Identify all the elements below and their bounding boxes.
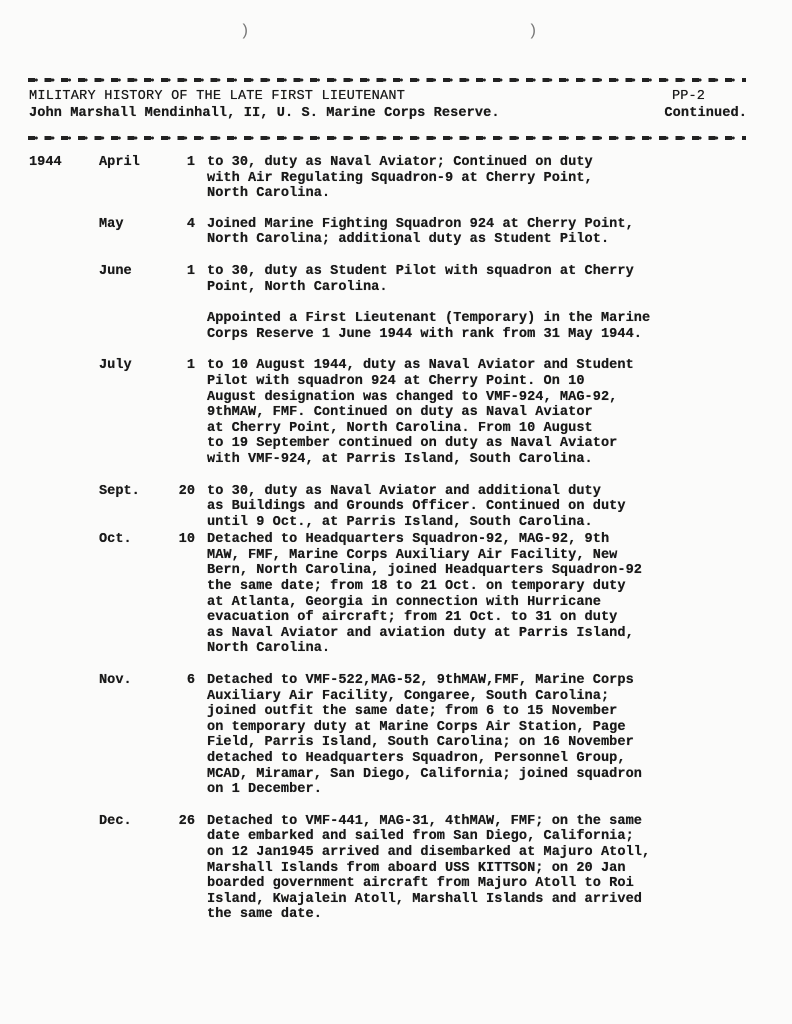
entry-april: 1944 April 1 to 30, duty as Naval Aviato… — [29, 155, 779, 202]
entry-month: Oct. — [99, 532, 165, 657]
entry-appointment: Appointed a First Lieutenant (Temporary)… — [29, 311, 779, 342]
entry-december: Dec. 26 Detached to VMF-441, MAG-31, 4th… — [29, 814, 779, 923]
entry-month: Nov. — [99, 673, 165, 798]
entry-day — [165, 311, 207, 342]
entry-year — [29, 264, 99, 295]
entry-year — [29, 311, 99, 342]
entry-may: May 4 Joined Marine Fighting Squadron 92… — [29, 217, 779, 248]
entry-day: 1 — [165, 264, 207, 295]
entry-july: July 1 to 10 August 1944, duty as Naval … — [29, 358, 779, 467]
entry-day: 20 — [165, 484, 207, 531]
entry-june: June 1 to 30, duty as Student Pilot with… — [29, 264, 779, 295]
entry-month — [99, 311, 165, 342]
entry-year — [29, 217, 99, 248]
entry-year — [29, 814, 99, 923]
entry-day: 1 — [165, 358, 207, 467]
entry-november: Nov. 6 Detached to VMF-522,MAG-52, 9thMA… — [29, 673, 779, 798]
entry-day: 1 — [165, 155, 207, 202]
history-entries: 1944 April 1 to 30, duty as Naval Aviato… — [29, 155, 779, 923]
dashed-rule-top — [28, 78, 746, 82]
entry-month: Sept. — [99, 484, 165, 531]
page-id: PP-2 — [672, 88, 747, 105]
page-mark-right: ) — [528, 22, 538, 40]
entry-september: Sept. 20 to 30, duty as Naval Aviator an… — [29, 484, 779, 531]
entry-text: Detached to VMF-522,MAG-52, 9thMAW,FMF, … — [207, 673, 779, 798]
entry-text: Joined Marine Fighting Squadron 924 at C… — [207, 217, 779, 248]
entry-year — [29, 673, 99, 798]
entry-text: Detached to Headquarters Squadron-92, MA… — [207, 532, 779, 657]
entry-year: 1944 — [29, 155, 99, 202]
entry-day: 4 — [165, 217, 207, 248]
page-mark-left: ) — [240, 22, 250, 40]
entry-year — [29, 532, 99, 657]
entry-text: to 10 August 1944, duty as Naval Aviator… — [207, 358, 779, 467]
entry-month: Dec. — [99, 814, 165, 923]
entry-day: 10 — [165, 532, 207, 657]
entry-day: 6 — [165, 673, 207, 798]
document-title: MILITARY HISTORY OF THE LATE FIRST LIEUT… — [29, 88, 405, 105]
subject-name: John Marshall Mendinhall, II, U. S. Mari… — [29, 105, 500, 122]
entry-october: Oct. 10 Detached to Headquarters Squadro… — [29, 532, 779, 657]
entry-year — [29, 358, 99, 467]
entry-month: July — [99, 358, 165, 467]
entry-day: 26 — [165, 814, 207, 923]
dashed-rule-bottom — [28, 136, 746, 140]
document-header: MILITARY HISTORY OF THE LATE FIRST LIEUT… — [29, 88, 747, 122]
entry-month: June — [99, 264, 165, 295]
entry-year — [29, 484, 99, 531]
document-page: ) ) MILITARY HISTORY OF THE LATE FIRST L… — [0, 0, 792, 1024]
entry-text: to 30, duty as Student Pilot with squadr… — [207, 264, 779, 295]
header-line-2: John Marshall Mendinhall, II, U. S. Mari… — [29, 105, 747, 122]
entry-text: to 30, duty as Naval Aviator and additio… — [207, 484, 779, 531]
entry-text: to 30, duty as Naval Aviator; Continued … — [207, 155, 779, 202]
entry-text: Appointed a First Lieutenant (Temporary)… — [207, 311, 779, 342]
entry-month: May — [99, 217, 165, 248]
header-line-1: MILITARY HISTORY OF THE LATE FIRST LIEUT… — [29, 88, 747, 105]
entry-month: April — [99, 155, 165, 202]
continued-label: Continued. — [664, 105, 747, 122]
entry-text: Detached to VMF-441, MAG-31, 4thMAW, FMF… — [207, 814, 779, 923]
